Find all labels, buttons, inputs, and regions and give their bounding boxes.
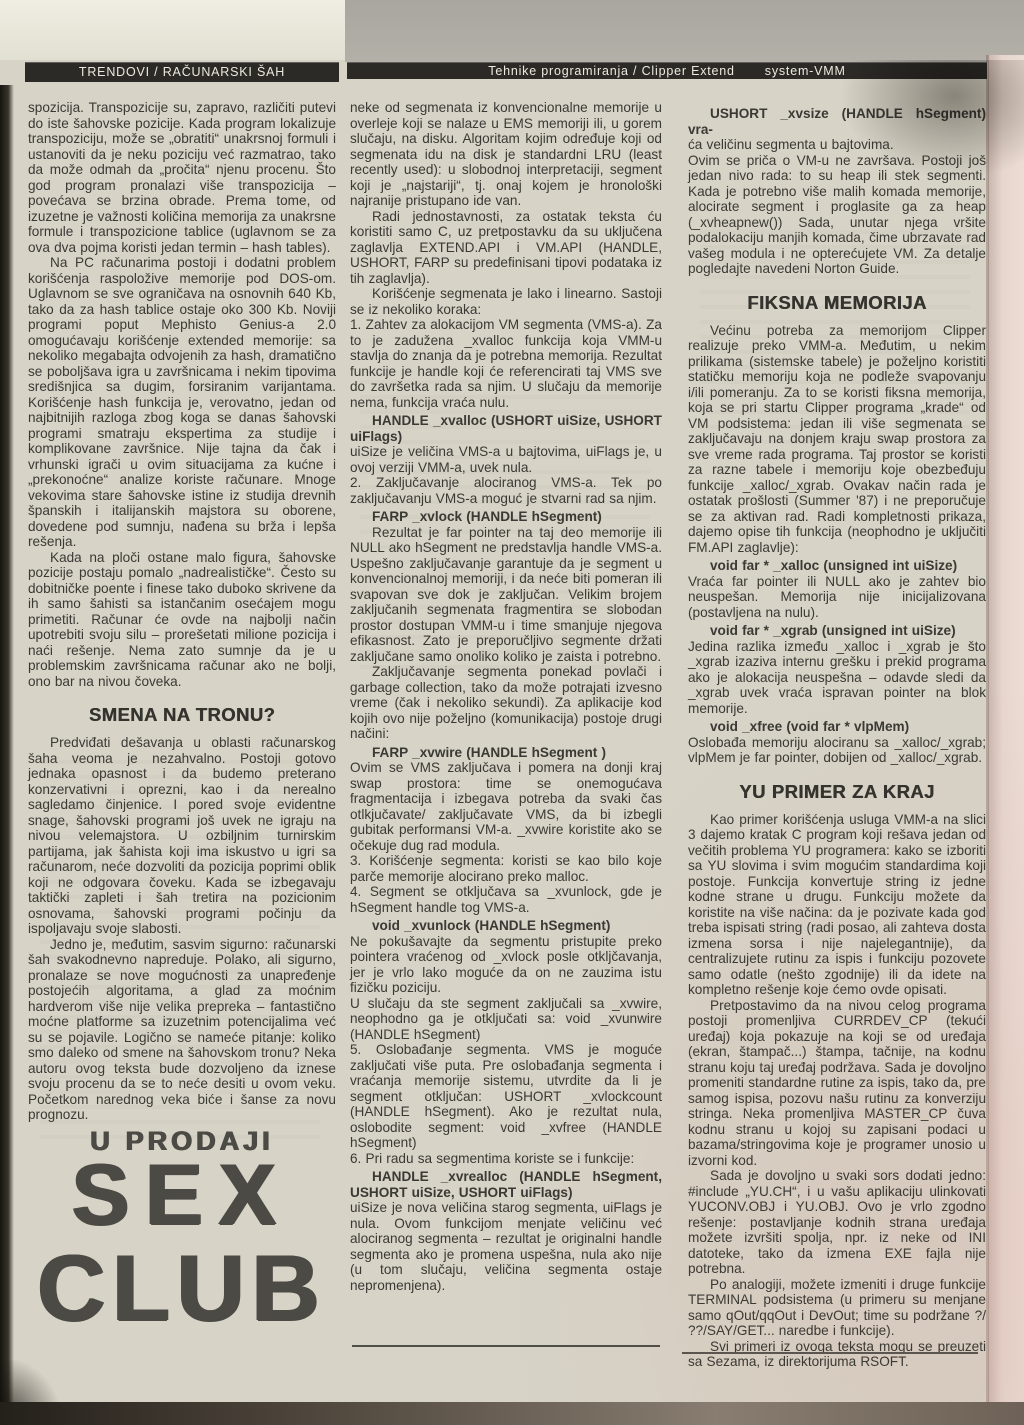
article-column-right: USHORT _xvsize (HANDLE hSegment) vra-ća … — [688, 103, 986, 1370]
paragraph: Svi primeri iz ovoga teksta mogu se preu… — [688, 1339, 986, 1370]
ad-line-club: CLUB — [28, 1243, 336, 1332]
ad-block: U PRODAJI SEX CLUB — [28, 1100, 336, 1332]
scan-page-crease — [986, 55, 989, 1425]
function-signature: HANDLE _xvalloc (USHORT uiSize, USHORT u… — [350, 413, 662, 444]
scan-top-right-gray-area — [345, 0, 1024, 62]
paragraph: uiSize je nova veličina starog segmenta,… — [350, 1200, 662, 1293]
paragraph: 3. Korišćenje segmenta: koristi se kao b… — [350, 853, 662, 884]
paragraph: Po analogiji, možete izmeniti i druge fu… — [688, 1277, 986, 1339]
scan-page-right-edge — [988, 55, 1024, 1425]
function-signature: void far * _xalloc (unsigned int uiSize) — [688, 558, 986, 574]
paragraph: Pretpostavimo da na nivou celog programa… — [688, 998, 986, 1169]
paragraph: Ovim se priča o VM-u ne završava. Postoj… — [688, 153, 986, 277]
paragraph: Ovim se VMS zaključava i pomera na donji… — [350, 760, 662, 853]
paragraph: 5. Oslobađanje segmenta. VMS je moguće z… — [350, 1042, 662, 1151]
paragraph: 4. Segment se otključava sa _xvunlock, g… — [350, 884, 662, 915]
column-end-rule-middle — [352, 1345, 660, 1347]
paragraph: Jedno je, međutim, sasvim sigurno: račun… — [28, 937, 336, 1123]
function-signature: USHORT _xvsize (HANDLE hSegment) vra- — [688, 106, 986, 137]
paragraph: Korišćenje segmenata je lako i linearno.… — [350, 286, 662, 317]
section-header-left-label: TRENDOVI / RAČUNARSKI ŠAH — [79, 65, 285, 79]
function-signature: HANDLE _xvrealloc (HANDLE hSegment, USHO… — [350, 1169, 662, 1200]
paragraph: Rezultat je far pointer na taj deo memor… — [350, 525, 662, 665]
section-header-right-tag: system-VMM — [765, 64, 846, 78]
paragraph: uiSize je veličina VMS-a u bajtovima, ui… — [350, 444, 662, 475]
paragraph: Jedina razlika između _xalloc i _xgrab j… — [688, 639, 986, 717]
paragraph: Oslobađa memoriju alociranu sa _xalloc/_… — [688, 735, 986, 766]
column-end-rule-right — [682, 1352, 978, 1354]
paragraph: Ne pokušavajte da segmentu pristupite pr… — [350, 934, 662, 996]
function-signature: void _xvunlock (HANDLE hSegment) — [350, 918, 662, 934]
scan-top-left-light-area — [0, 0, 345, 60]
paragraph: Radi jednostavnosti, za ostatak teksta ć… — [350, 209, 662, 287]
paragraph: Zaključavanje segmenta ponekad povlači i… — [350, 664, 662, 742]
paragraph: 1. Zahtev za alokacijom VM segmenta (VMS… — [350, 317, 662, 410]
paragraph: Kao primer korišćenja usluga VMM-a na sl… — [688, 812, 986, 998]
ad-line-sex: SEX — [28, 1156, 336, 1235]
paragraph: ća veličinu segmenta u bajtovima. — [688, 137, 986, 153]
paragraph: 2. Zaključavanje alociranog VMS-a. Tek p… — [350, 475, 662, 506]
article-column-left: spozicija. Transpozicije su, zapravo, ra… — [28, 100, 336, 1123]
function-signature: FARP _xvwire (HANDLE hSegment ) — [350, 745, 662, 761]
scan-bottom-edge — [0, 1402, 1024, 1425]
section-header-right-label: Tehnike programiranja / Clipper Extend — [488, 64, 734, 78]
article-column-middle: neke od segmenata iz konvencionalne memo… — [350, 100, 662, 1293]
paragraph: Predviđati dešavanja u oblasti računarsk… — [28, 735, 336, 937]
function-signature: void _xfree (void far * vlpMem) — [688, 719, 986, 735]
section-heading: SMENA NA TRONU? — [28, 705, 336, 725]
paragraph: Na PC računarima postoji i dodatni probl… — [28, 255, 336, 550]
section-heading: FIKSNA MEMORIJA — [688, 293, 986, 313]
paragraph: neke od segmenata iz konvencionalne memo… — [350, 100, 662, 209]
paragraph: Vraća far pointer ili NULL ako je zahtev… — [688, 574, 986, 621]
scan-gutter-shadow — [0, 85, 14, 1425]
paragraph: Sada je dovoljno u svaki sors dodati jed… — [688, 1168, 986, 1277]
paragraph: spozicija. Transpozicije su, zapravo, ra… — [28, 100, 336, 255]
magazine-page-scan: TRENDOVI / RAČUNARSKI ŠAH Tehnike progra… — [0, 0, 1024, 1425]
section-heading: YU PRIMER ZA KRAJ — [688, 782, 986, 802]
paragraph: 6. Pri radu sa segmentima koriste se i f… — [350, 1151, 662, 1167]
section-header-left: TRENDOVI / RAČUNARSKI ŠAH — [25, 62, 339, 82]
paragraph: Kada na ploči ostane malo figura, šahovs… — [28, 550, 336, 690]
function-signature: FARP _xvlock (HANDLE hSegment) — [350, 509, 662, 525]
sex-club-ad: U PRODAJI SEX CLUB — [28, 1134, 336, 1332]
function-signature: void far * _xgrab (unsigned int uiSize) — [688, 623, 986, 639]
paragraph: U slučaju da ste segment zaključali sa _… — [350, 996, 662, 1043]
section-header-right: Tehnike programiranja / Clipper Extend s… — [347, 62, 987, 79]
paragraph: Većinu potreba za memorijom Clipper real… — [688, 323, 986, 556]
